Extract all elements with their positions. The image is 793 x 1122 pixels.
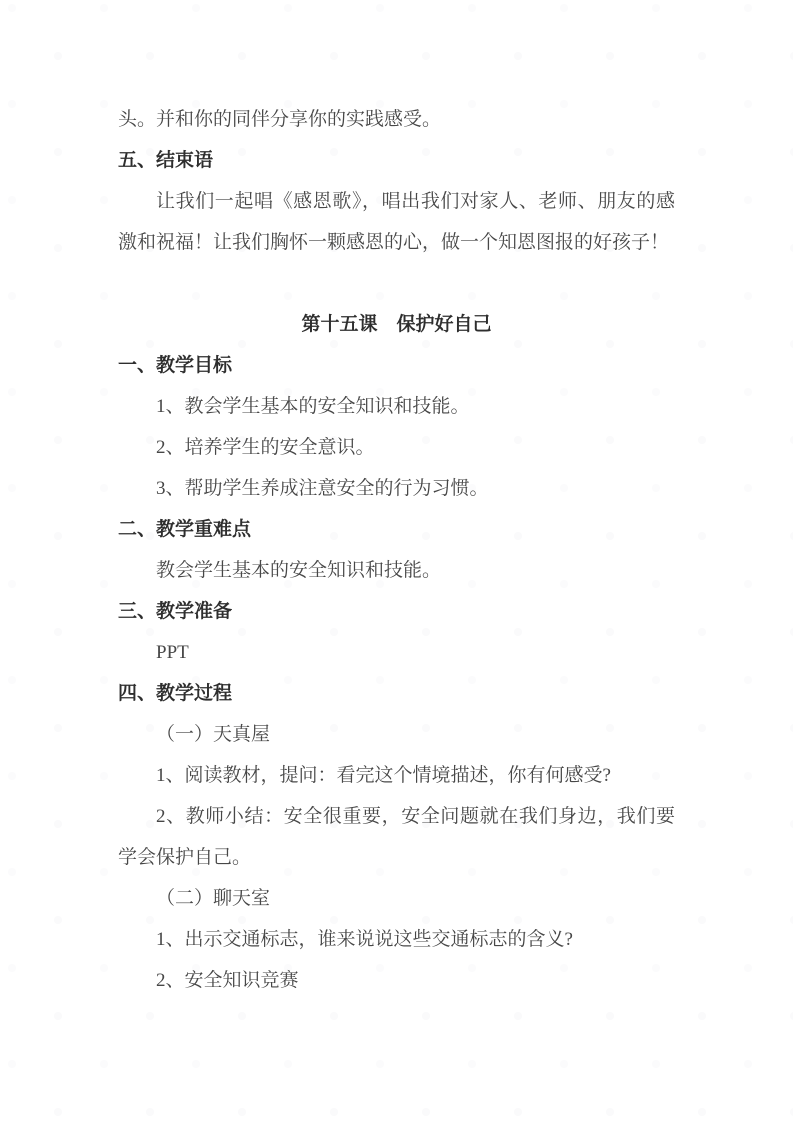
section-heading: 二、教学重难点 — [118, 509, 675, 550]
paragraph: 让我们一起唱《感恩歌》，唱出我们对家人、老师、朋友的感激和祝福！让我们胸怀一颗感… — [118, 181, 675, 263]
lesson-title: 第十五课 保护好自己 — [118, 304, 675, 345]
paragraph: PPT — [118, 632, 675, 673]
paragraph: 2、教师小结：安全很重要，安全问题就在我们身边，我们要学会保护自己。 — [118, 796, 675, 878]
document-page: 头。并和你的同伴分享你的实践感受。五、结束语让我们一起唱《感恩歌》，唱出我们对家… — [0, 0, 793, 1122]
section-heading: 一、教学目标 — [118, 345, 675, 386]
paragraph: 2、培养学生的安全意识。 — [118, 427, 675, 468]
paragraph: 头。并和你的同伴分享你的实践感受。 — [118, 99, 675, 140]
section-heading: 三、教学准备 — [118, 591, 675, 632]
paragraph: 1、出示交通标志，谁来说说这些交通标志的含义? — [118, 919, 675, 960]
paragraph: （二）聊天室 — [118, 878, 675, 919]
paragraph: 1、教会学生基本的安全知识和技能。 — [118, 386, 675, 427]
document-body: 头。并和你的同伴分享你的实践感受。五、结束语让我们一起唱《感恩歌》，唱出我们对家… — [0, 0, 793, 1001]
section-heading: 五、结束语 — [118, 140, 675, 181]
paragraph: 教会学生基本的安全知识和技能。 — [118, 550, 675, 591]
paragraph: （一）天真屋 — [118, 714, 675, 755]
paragraph: 2、安全知识竞赛 — [118, 960, 675, 1001]
section-heading: 四、教学过程 — [118, 673, 675, 714]
paragraph: 3、帮助学生养成注意安全的行为习惯。 — [118, 468, 675, 509]
paragraph: 1、阅读教材，提问：看完这个情境描述，你有何感受? — [118, 755, 675, 796]
